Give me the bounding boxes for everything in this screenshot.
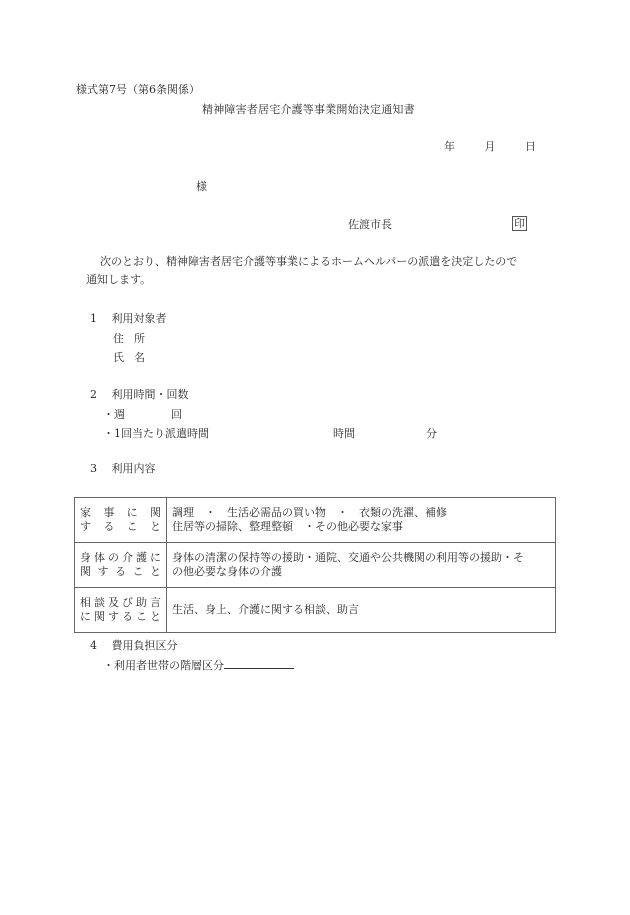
table-row: 相 談 及 び 助 言 に 関 す る こ と 生活、身上、介護に関する相談、助…: [75, 588, 556, 633]
section-number: 2: [90, 389, 108, 400]
section-4-heading: 4 費用負担区分: [90, 640, 178, 651]
row-header-line-2: す る こ と: [80, 520, 161, 534]
row-header: 相 談 及 び 助 言 に 関 す る こ と: [75, 588, 167, 633]
dispatch-prefix: ・1回当たり派遣時間: [103, 427, 209, 440]
section-title: 利用内容: [112, 462, 156, 475]
row-header-line-1: 相 談 及 び 助 言: [80, 596, 161, 610]
row-header-line-1: 身 体 の 介 護 に: [80, 551, 161, 565]
section-number: 1: [90, 313, 108, 324]
service-content-table: 家 事 に 関 す る こ と 調理 ・ 生活必需品の買い物 ・ 衣類の洗濯、補…: [74, 497, 556, 633]
row-content: 生活、身上、介護に関する相談、助言: [167, 588, 556, 633]
addressee-suffix: 様: [196, 181, 207, 192]
section-2-heading: 2 利用時間・回数: [90, 389, 189, 400]
table-row: 家 事 に 関 す る こ と 調理 ・ 生活必需品の買い物 ・ 衣類の洗濯、補…: [75, 498, 556, 543]
address-label: 住所: [113, 333, 155, 344]
body-text: 次のとおり、精神障害者居宅介護等事業によるホームヘルパーの派遣を決定したので 通…: [86, 253, 556, 289]
row-content: 身体の清潔の保持等の援助・通院、交通や公共機関の利用等の援助・そ の他必要な身体…: [167, 543, 556, 588]
section-1-heading: 1 利用対象者: [90, 313, 167, 324]
row-content: 調理 ・ 生活必需品の買い物 ・ 衣類の洗濯、補修 住居等の掃除、整理整頓 ・そ…: [167, 498, 556, 543]
weekly-frequency: ・週 回: [103, 409, 125, 420]
date-line: 年 月 日: [444, 141, 536, 152]
weekly-prefix: ・週: [103, 408, 125, 421]
hours-label: 時間: [333, 428, 355, 439]
dispatch-duration: ・1回当たり派遣時間 時間 分: [103, 428, 209, 439]
section-title: 利用対象者: [112, 312, 167, 325]
section-3-heading: 3 利用内容: [90, 463, 156, 474]
name-label: 氏名: [113, 352, 155, 363]
body-line-2: 通知します。: [86, 271, 556, 289]
date-day-label: 日: [525, 141, 536, 152]
section-number: 3: [90, 463, 108, 474]
issuer-name: 佐渡市長: [348, 219, 392, 230]
date-year-label: 年: [444, 141, 455, 152]
date-month-label: 月: [485, 141, 496, 152]
row-header-line-1: 家 事 に 関: [80, 506, 161, 520]
row-header: 家 事 に 関 す る こ と: [75, 498, 167, 543]
household-tier-line: ・利用者世帯の階層区分: [103, 658, 294, 671]
section-title: 費用負担区分: [112, 639, 178, 652]
row-header: 身 体 の 介 護 に 関 す る こ と: [75, 543, 167, 588]
household-tier-label: ・利用者世帯の階層区分: [103, 659, 224, 672]
household-tier-blank: [224, 658, 294, 669]
table-row: 身 体 の 介 護 に 関 す る こ と 身体の清潔の保持等の援助・通院、交通…: [75, 543, 556, 588]
seal-mark: 印: [512, 216, 527, 231]
row-header-line-2: に 関 す る こ と: [80, 610, 161, 624]
form-number: 様式第7号（第6条関係）: [76, 84, 200, 95]
minutes-label: 分: [426, 428, 437, 439]
body-line-1: 次のとおり、精神障害者居宅介護等事業によるホームヘルパーの派遣を決定したので: [100, 255, 517, 268]
row-header-line-2: 関 す る こ と: [80, 565, 161, 579]
section-number: 4: [90, 640, 108, 651]
document-title: 精神障害者居宅介護等事業開始決定通知書: [202, 104, 415, 115]
weekly-suffix: 回: [171, 409, 182, 420]
section-title: 利用時間・回数: [112, 388, 189, 401]
